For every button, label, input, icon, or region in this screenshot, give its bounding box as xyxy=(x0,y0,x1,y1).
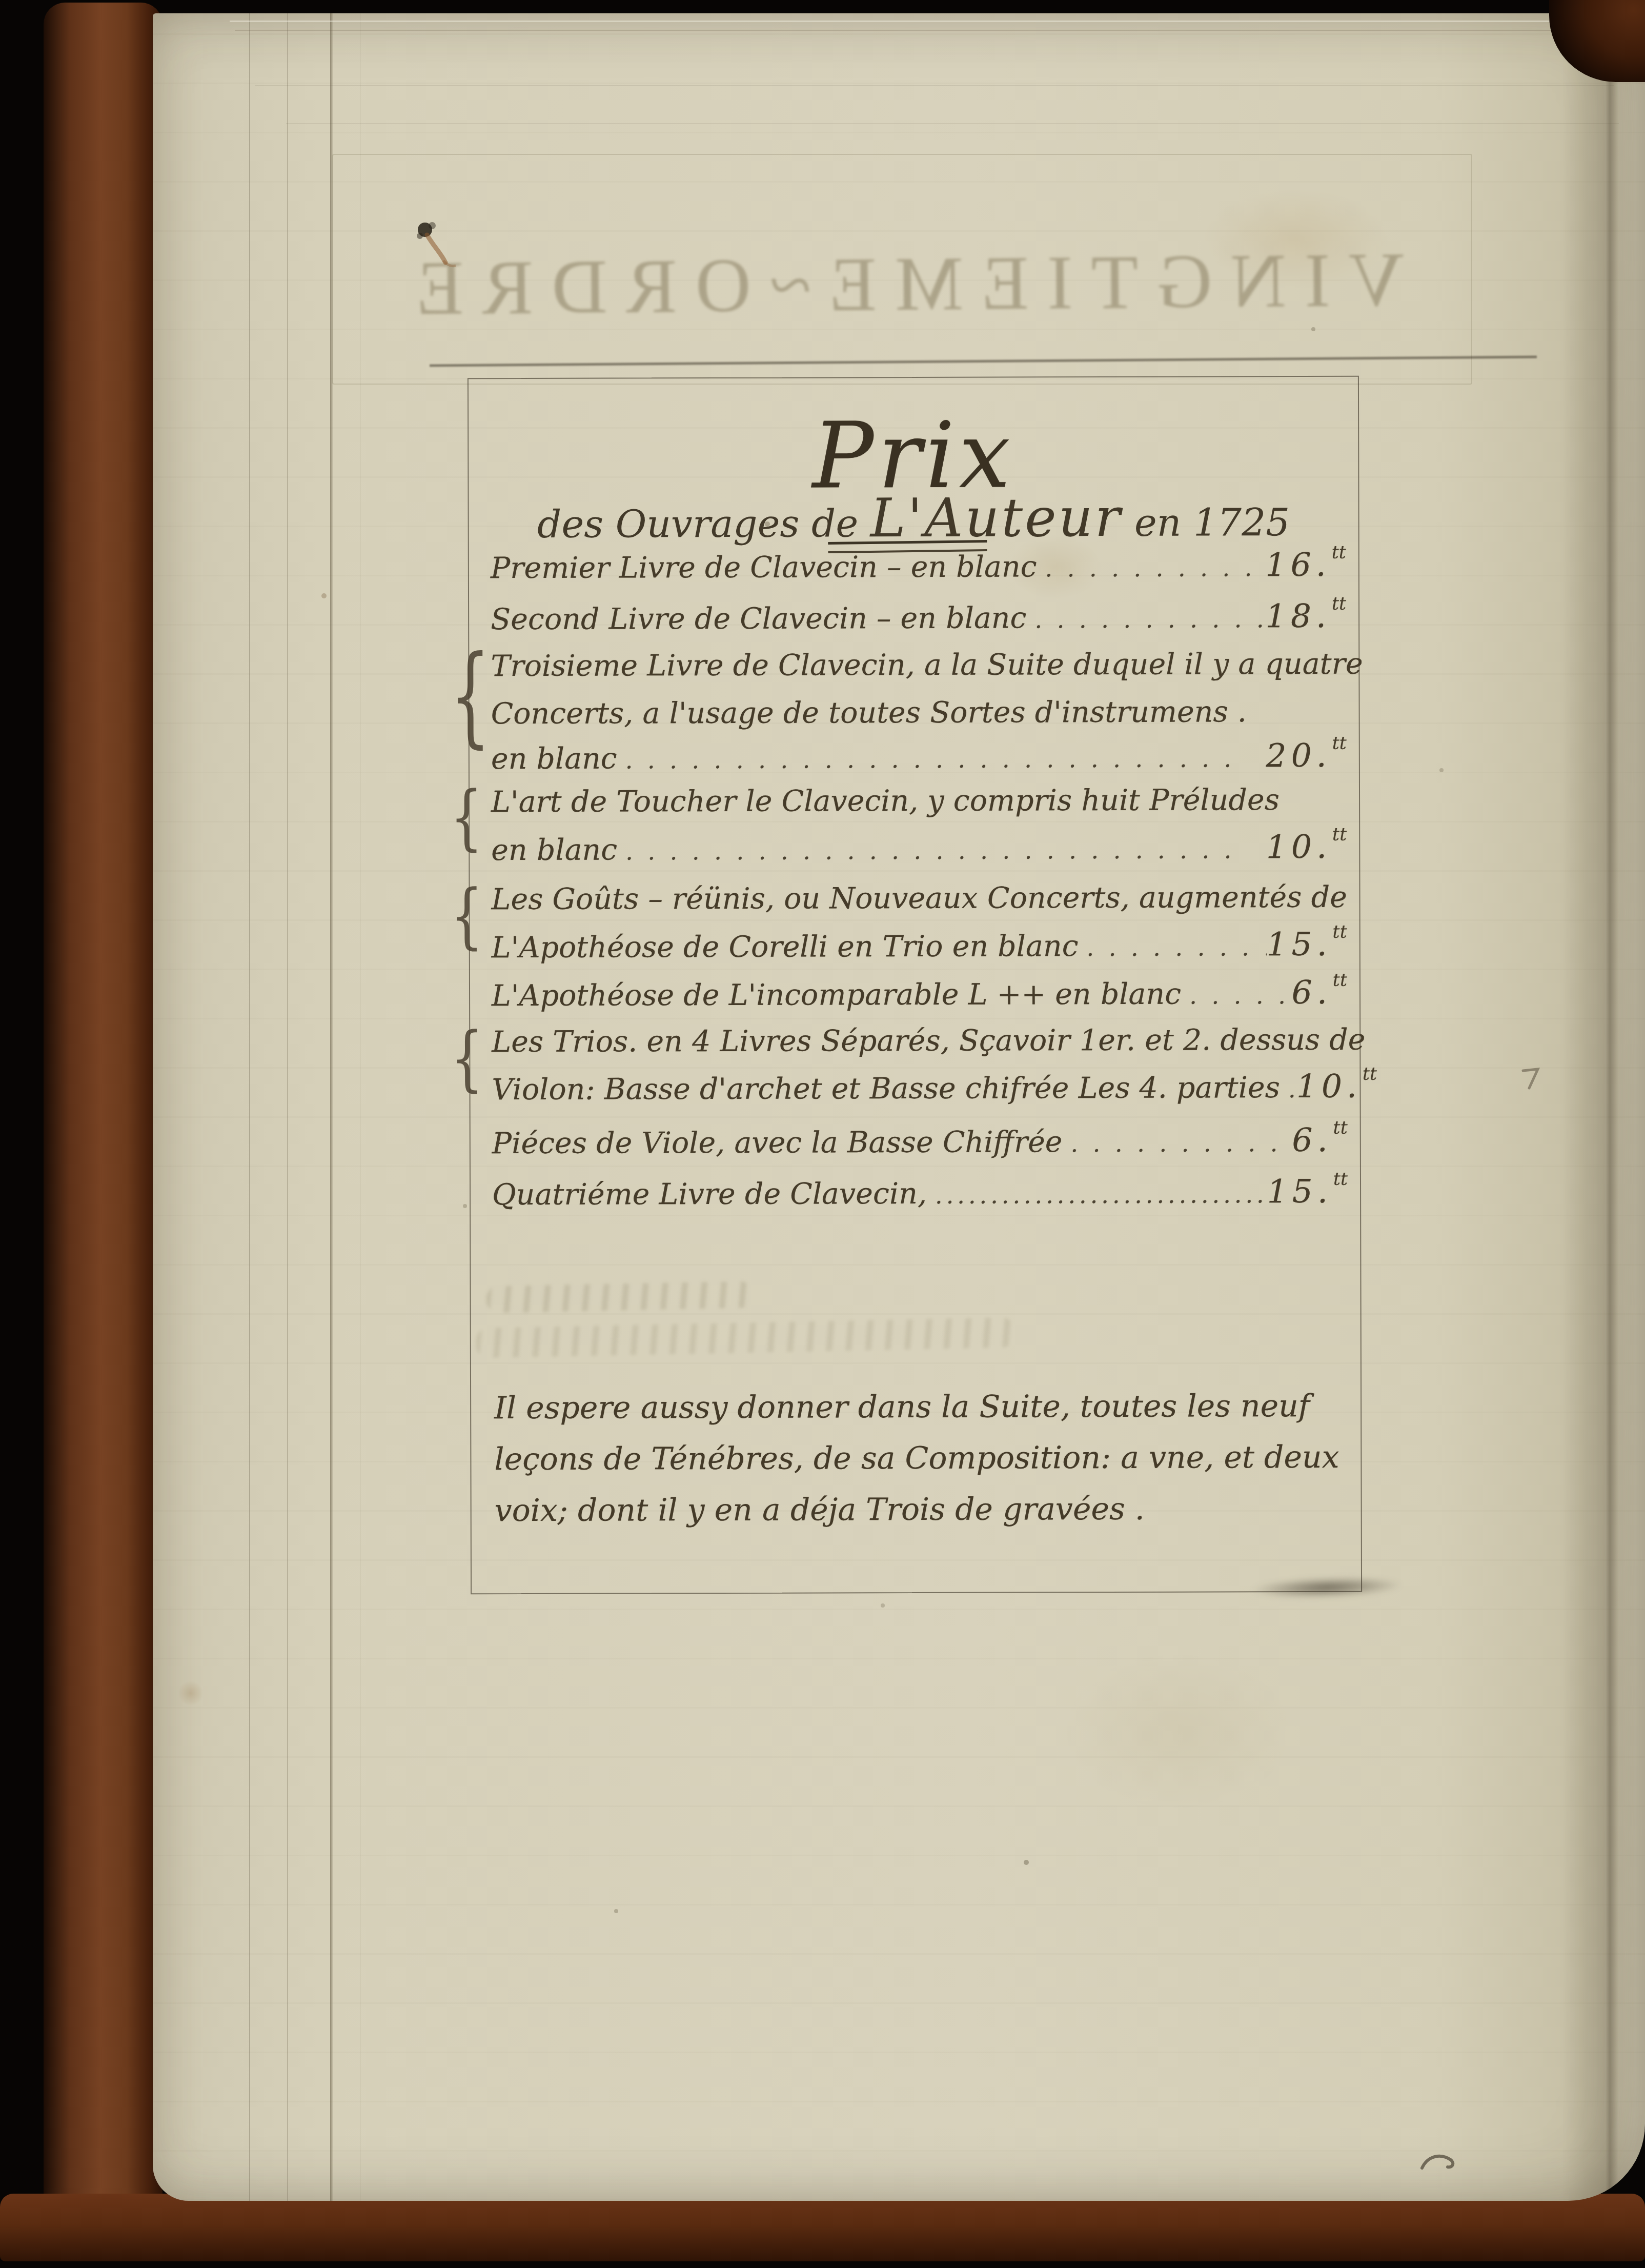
price-value: 20. xyxy=(1266,737,1331,774)
dot-leader: ........................................… xyxy=(927,1180,1267,1209)
price-unit: tt xyxy=(1332,543,1346,563)
price-line-text: L'art de Toucher le Clavecin, y compris … xyxy=(491,783,1280,819)
dot-leader: . . . . . . . . . . . . . . . . . . . . … xyxy=(1037,554,1266,582)
price-line-text: L'Apothéose de Corelli en Trio en blanc xyxy=(492,929,1079,965)
dot-leader: . . . . . . . . . . . . . . . . . . . . … xyxy=(1026,605,1265,633)
price-plate-box: Prix des Ouvrages de L'Auteur en 1725 { … xyxy=(468,376,1362,1595)
price-value: 10. xyxy=(1266,828,1331,866)
paper-specks xyxy=(153,13,155,15)
price-line: L'Apothéose de L'incomparable L ++ en bl… xyxy=(492,974,1347,1013)
price-line: Les Trios. en 4 Livres Séparés, Sçavoir … xyxy=(492,1023,1347,1059)
price-line-text: Second Livre de Clavecin – en blanc xyxy=(491,601,1026,636)
price-value: 10. xyxy=(1296,1068,1362,1105)
top-leaf-edge xyxy=(235,30,1609,31)
price-line: en blanc . . . . . . . . . . . . . . . .… xyxy=(491,828,1347,868)
paper-crease xyxy=(255,85,1614,86)
price-line-text: Les Goûts – réünis, ou Nouveaux Concerts… xyxy=(491,880,1347,916)
price-line-text: L'Apothéose de L'incomparable L ++ en bl… xyxy=(492,977,1181,1013)
price-value: 18. xyxy=(1266,597,1331,635)
price-line-text: Violon: Basse d'archet et Basse chifrée … xyxy=(492,1071,1280,1107)
price-line: Premier Livre de Clavecin – en blanc . .… xyxy=(491,546,1346,586)
dot-leader: . . . . . . . . . . xyxy=(1063,1129,1292,1157)
grouping-brace: { xyxy=(450,782,483,853)
price-line-text: Quatriéme Livre de Clavecin, xyxy=(492,1177,927,1212)
dot-leader: . . . . . . . . . . . . . . . . . . . . … xyxy=(617,836,1266,865)
price-line: Violon: Basse d'archet et Basse chifrée … xyxy=(492,1068,1347,1107)
price-unit: tt xyxy=(1332,594,1346,614)
bottom-ink-mark xyxy=(1419,2151,1460,2178)
price-line: Quatriéme Livre de Clavecin, ...........… xyxy=(492,1173,1348,1212)
grouping-brace: { xyxy=(450,880,483,951)
grouping-brace: { xyxy=(451,1023,483,1094)
dot-leader: . . . . . . . . . . xyxy=(1078,933,1266,961)
price-value: 16. xyxy=(1265,546,1330,584)
price-unit: tt xyxy=(1333,970,1347,991)
book-page: VINGTIEME~ORDRE Prix des Ouvrages de L'A… xyxy=(153,13,1645,2201)
gutter-fold-shadow xyxy=(1562,13,1634,2201)
price-value: 15. xyxy=(1266,926,1331,963)
price-line-text: Concerts, a l'usage de toutes Sortes d'i… xyxy=(491,695,1247,731)
dot-leader: . . . . . . xyxy=(1181,981,1292,1010)
price-value: 6. xyxy=(1292,1121,1332,1159)
top-leaf-edge xyxy=(230,21,1614,22)
price-line: Second Livre de Clavecin – en blanc . . … xyxy=(491,597,1346,637)
price-line-text: Premier Livre de Clavecin – en blanc xyxy=(491,550,1037,585)
price-line-text: en blanc xyxy=(491,742,617,776)
price-line-text: Troisieme Livre de Clavecin, a la Suite … xyxy=(491,647,1363,683)
price-unit: tt xyxy=(1333,922,1347,942)
footer-note-line: voix; dont il y en a déja Trois de gravé… xyxy=(495,1491,1346,1529)
price-line: en blanc . . . . . . . . . . . . . . . .… xyxy=(491,737,1347,776)
page-edge-line xyxy=(249,13,250,2201)
price-value: 6. xyxy=(1292,974,1332,1011)
book-spine-leather xyxy=(44,3,163,2260)
footer-note-line: leçons de Ténébres, de sa Composition: a… xyxy=(494,1439,1345,1477)
paper-crease xyxy=(286,123,1619,124)
bleedthrough-mirrored-title: VINGTIEME~ORDRE xyxy=(352,235,1450,333)
price-unit: tt xyxy=(1332,733,1347,754)
price-line: Troisieme Livre de Clavecin, a la Suite … xyxy=(491,647,1346,683)
price-unit: tt xyxy=(1332,825,1347,845)
footer-note-line: Il espere aussy donner dans la Suite, to… xyxy=(494,1388,1345,1426)
subtitle-part2: L'Auteur xyxy=(870,486,1122,549)
price-unit: tt xyxy=(1333,1118,1348,1138)
price-line: Piéces de Viole, avec la Basse Chiffrée … xyxy=(492,1121,1348,1161)
price-unit: tt xyxy=(1363,1064,1377,1085)
subtitle-part3: en 1725 xyxy=(1122,500,1290,545)
grouping-brace: { xyxy=(450,641,491,751)
page-edge-line xyxy=(287,13,288,2201)
price-line-text: Piéces de Viole, avec la Basse Chiffrée xyxy=(492,1125,1063,1160)
price-line: L'Apothéose de Corelli en Trio en blanc … xyxy=(492,926,1347,965)
book-cover-bottom-edge xyxy=(0,2194,1645,2261)
margin-ink-mark xyxy=(1521,1068,1542,1093)
price-value: 15. xyxy=(1267,1173,1332,1210)
ink-blot-mark xyxy=(412,218,458,290)
subtitle-part1: des Ouvrages de xyxy=(537,501,870,547)
price-line: L'art de Toucher le Clavecin, y compris … xyxy=(491,783,1347,819)
ghost-handwriting-traces xyxy=(486,1281,753,1313)
ghost-handwriting-traces xyxy=(476,1317,1014,1358)
price-line: Les Goûts – réünis, ou Nouveaux Concerts… xyxy=(491,880,1347,916)
book-photo: { "book_page": { "bleedthrough_text": "V… xyxy=(0,0,1645,2268)
dot-leader: . . . . . . . . . . . . . . . . . . . . … xyxy=(617,745,1266,774)
price-line-text: en blanc xyxy=(491,833,617,868)
price-line: Concerts, a l'usage de toutes Sortes d'i… xyxy=(491,695,1347,731)
price-line-text: Les Trios. en 4 Livres Séparés, Sçavoir … xyxy=(492,1023,1365,1059)
price-unit: tt xyxy=(1333,1169,1348,1190)
dot-leader: . . xyxy=(1280,1075,1296,1103)
